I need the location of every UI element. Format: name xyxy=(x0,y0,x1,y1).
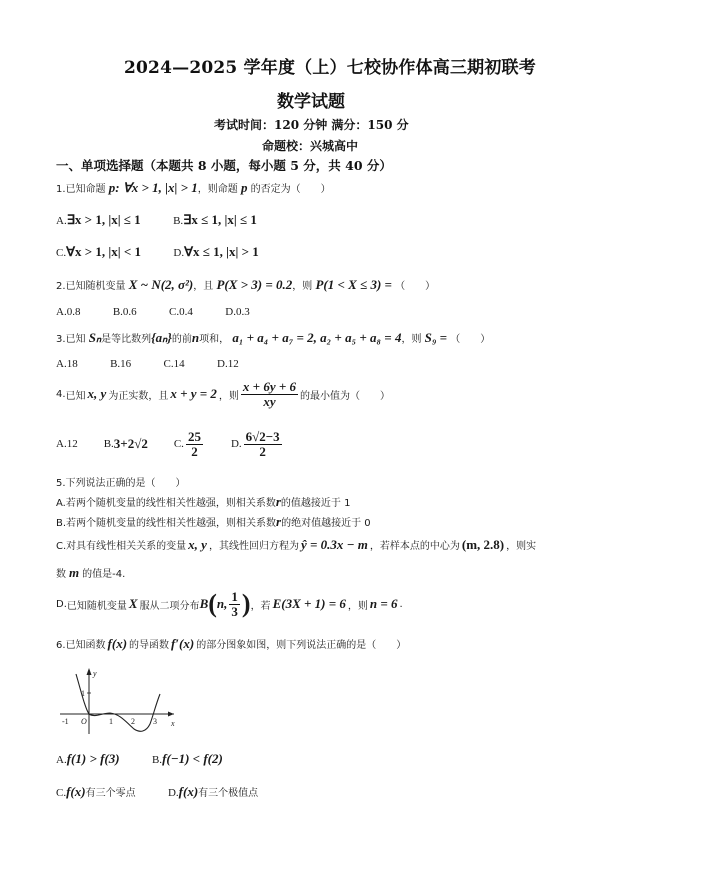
math-expression: f(x) xyxy=(108,636,128,651)
stem-text: 已知命题 xyxy=(66,184,106,195)
proposing-school: 命题校：兴城高中 xyxy=(262,137,358,154)
origin-label: O xyxy=(81,717,87,726)
option-d[interactable]: ∀x ≤ 1, |x| > 1 xyxy=(184,244,259,259)
question-number: 4. xyxy=(56,389,66,400)
question-number: 1. xyxy=(56,184,66,195)
stem-text: 为正实数，且 xyxy=(108,387,168,402)
math-expression: P(1 < X ≤ 3) = xyxy=(315,277,391,292)
math-expression: p: ∀x > 1, |x| > 1 xyxy=(109,180,198,195)
math-expression: P(X > 3) = 0.2 xyxy=(216,277,292,292)
question-number: 6. xyxy=(56,640,66,651)
question-2-options: A.0.8 B.0.6 C.0.4 D.0.3 xyxy=(56,306,250,318)
stem-text: 的最小值为（ ） xyxy=(300,387,390,402)
fraction-denominator: xy xyxy=(261,395,277,409)
question-3: 3.已知 Sₙ是等比数列{aₙ}的前n项和， a₁ + a₄ + a₇ = 2,… xyxy=(56,330,490,346)
option-label: C. xyxy=(56,247,66,259)
stem-text: 的前 xyxy=(172,334,192,345)
option-b[interactable]: ∃x ≤ 1, |x| ≤ 1 xyxy=(183,212,257,227)
x-axis-arrow-icon xyxy=(168,712,174,717)
option-d[interactable]: D.已知随机变量X服从二项分布B (n,13) ，若E(3X + 1) = 6，… xyxy=(56,590,403,618)
exam-title: 2024—2025 学年度（上）七校协作体高三期初联考 xyxy=(124,53,536,78)
section-heading: 一、单项选择题（本题共 8 小题，每小题 5 分，共 40 分） xyxy=(56,156,392,174)
derivative-graph-figure: y x 1 -1 O 1 2 3 xyxy=(58,666,178,736)
x-tick-label: 2 xyxy=(131,717,135,726)
math-expression: p xyxy=(241,180,248,195)
y-axis-arrow-icon xyxy=(87,668,92,675)
option-label: D. xyxy=(231,438,242,450)
math-expression: x, y xyxy=(88,386,107,402)
stem-text: ，则命题 xyxy=(198,184,238,195)
question-6-options-row-1: A.f(1) > f(3) B.f(−1) < f(2) xyxy=(56,751,223,767)
option-label: A. xyxy=(56,754,67,766)
stem-text: 已知 xyxy=(66,387,86,402)
option-d[interactable]: D.12 xyxy=(217,358,239,370)
math-expression: a₁ + a₄ + a₇ = 2, a₂ + a₅ + a₈ = 4 xyxy=(232,330,401,345)
question-6: 6.已知函数f(x)的导函数f′(x)的部分图象如图，则下列说法正确的是（ ） xyxy=(56,636,406,652)
option-b[interactable]: B.0.6 xyxy=(113,306,137,318)
option-c-continued: 数m的值是-4. xyxy=(56,565,125,581)
option-a[interactable]: A.12 xyxy=(56,438,78,450)
question-1: 1.已知命题 p: ∀x > 1, |x| > 1，则命题 p 的否定为（ ） xyxy=(56,180,331,196)
option-label: B. xyxy=(104,438,114,450)
option-label: D. xyxy=(173,247,184,259)
stem-text: ，则 xyxy=(292,281,312,292)
math-expression: f′(x) xyxy=(171,636,194,651)
stem-text: 已知函数 xyxy=(66,640,106,651)
x-axis-label: x xyxy=(170,719,175,728)
question-4-options: A.12 B.3+2√2 C. 25 2 D. 6√2−3 2 xyxy=(56,430,284,458)
stem-text: 已知随机变量 xyxy=(66,281,126,292)
option-label: B. xyxy=(152,754,162,766)
math-expression: S₉ = xyxy=(425,330,447,345)
option-b[interactable]: 3+2√2 xyxy=(114,436,148,452)
option-d[interactable]: 6√2−3 2 xyxy=(244,430,282,458)
option-b[interactable]: f(−1) < f(2) xyxy=(162,751,223,766)
stem-text: （ ） xyxy=(450,334,490,345)
x-tick-label: 1 xyxy=(109,717,113,726)
option-c[interactable]: C.14 xyxy=(164,358,185,370)
option-a[interactable]: ∃x > 1, |x| ≤ 1 xyxy=(67,212,141,227)
option-a[interactable]: A.0.8 xyxy=(56,306,80,318)
exam-info: 考试时间：120 分钟 满分：150 分 xyxy=(214,116,409,133)
option-c[interactable]: 25 2 xyxy=(186,430,203,458)
option-d[interactable]: D.f(x)有三个极值点 xyxy=(168,788,258,799)
question-3-options: A.18 B.16 C.14 D.12 xyxy=(56,358,239,370)
option-label: C. xyxy=(174,438,184,450)
option-d[interactable]: D.0.3 xyxy=(225,306,249,318)
question-1-options-row-2: C.∀x > 1, |x| < 1 D.∀x ≤ 1, |x| > 1 xyxy=(56,244,259,260)
option-a[interactable]: f(1) > f(3) xyxy=(67,751,120,766)
question-number: 5. xyxy=(56,478,66,489)
stem-text: 项和， xyxy=(199,334,229,345)
stem-text: 的否定为（ ） xyxy=(251,184,331,195)
option-c[interactable]: C.对具有线性相关关系的变量x, y，其线性回归方程为ŷ = 0.3x − m，… xyxy=(56,537,536,553)
option-a[interactable]: A.18 xyxy=(56,358,78,370)
option-label: A. xyxy=(56,215,67,227)
option-a[interactable]: A.若两个随机变量的线性相关性越强，则相关系数r的值越接近于 1 xyxy=(56,494,350,510)
option-b[interactable]: B.若两个随机变量的线性相关性越强，则相关系数r的绝对值越接近于 0 xyxy=(56,514,371,530)
math-expression: x + y = 2 xyxy=(170,386,217,402)
math-expression: {aₙ} xyxy=(151,330,172,345)
stem-text: 下列说法正确的是（ ） xyxy=(66,478,186,489)
stem-text: 的导函数 xyxy=(129,640,169,651)
option-c[interactable]: ∀x > 1, |x| < 1 xyxy=(66,244,141,259)
stem-text: ，且 xyxy=(193,281,213,292)
question-number: 3. xyxy=(56,334,66,345)
question-5: 5.下列说法正确的是（ ） xyxy=(56,474,186,489)
math-expression: X ~ N(2, σ²) xyxy=(129,277,194,292)
stem-text: 是等比数列 xyxy=(101,334,151,345)
question-4: 4.已知 x, y为正实数，且 x + y = 2，则 x + 6y + 6 x… xyxy=(56,380,390,408)
stem-text: 已知 xyxy=(66,334,86,345)
fraction-expression: x + 6y + 6 xy xyxy=(241,380,298,408)
option-b[interactable]: B.16 xyxy=(110,358,131,370)
stem-text: （ ） xyxy=(395,281,435,292)
question-6-options-row-2: C.f(x)有三个零点 D.f(x)有三个极值点 xyxy=(56,784,258,800)
option-c[interactable]: C.f(x)有三个零点 xyxy=(56,788,136,799)
y-axis-label: y xyxy=(92,669,97,678)
math-expression: Sₙ xyxy=(89,330,101,345)
subject-title: 数学试题 xyxy=(277,87,345,112)
question-1-options-row-1: A.∃x > 1, |x| ≤ 1 B.∃x ≤ 1, |x| ≤ 1 xyxy=(56,212,257,228)
option-c[interactable]: C.0.4 xyxy=(169,306,193,318)
y-tick-label: 1 xyxy=(81,689,85,698)
option-label: B. xyxy=(173,215,183,227)
stem-text: ，则 xyxy=(401,334,421,345)
stem-text: ，则 xyxy=(219,387,239,402)
x-tick-label: -1 xyxy=(62,717,69,726)
fraction-numerator: x + 6y + 6 xyxy=(241,380,298,395)
question-number: 2. xyxy=(56,281,66,292)
stem-text: 的部分图象如图，则下列说法正确的是（ ） xyxy=(196,640,406,651)
x-tick-label: 3 xyxy=(153,717,157,726)
question-2: 2.已知随机变量 X ~ N(2, σ²)，且 P(X > 3) = 0.2，则… xyxy=(56,277,435,293)
